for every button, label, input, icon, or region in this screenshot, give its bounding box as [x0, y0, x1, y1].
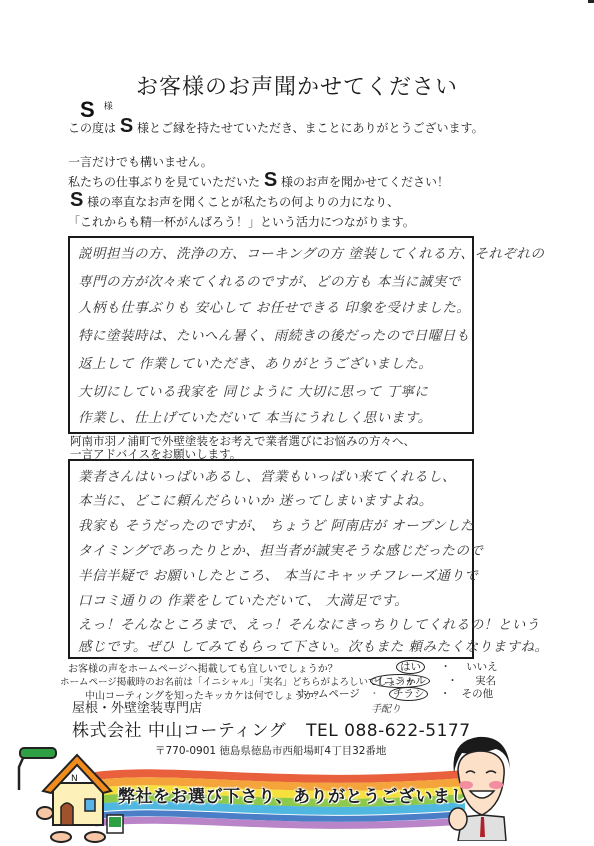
- company-name: 株式会社 中山コーティング: [72, 721, 286, 741]
- comment-box-1: 説明担当の方、洗浄の方、コーキングの方 塗装してくれる方、それぞれの 専門の方が…: [68, 236, 474, 434]
- house-letter: N: [71, 774, 78, 784]
- handwritten-line: 作業し、仕上げていただいて 本当にうれしく思います。: [78, 406, 432, 426]
- tel-label: TEL: [306, 721, 338, 741]
- question-referral-options: ホームページ ・ チラシ ・ その他: [297, 686, 493, 701]
- intro-line-1: この度は S 様とご縁を持たせていただき、まことにありがとうございます。: [68, 116, 484, 136]
- scan-corner-mark: [588, 0, 594, 3]
- comment-box-2: 業者さんはいっぱいあるし、営業もいっぱい来てくれるし、 本当に、どこに頼んだらい…: [68, 459, 474, 659]
- question-publish: お客様の声をホームページへ掲載しても宜しいでしょうか？: [68, 660, 338, 675]
- intro-text: この度は: [68, 121, 116, 135]
- option-yes[interactable]: はい: [396, 660, 425, 674]
- staff-mascot-icon: [448, 733, 514, 841]
- intro-line-4: S 様の率直なお声を聞くことが私たちの何よりの力になり、: [70, 190, 399, 210]
- handwritten-line: 大切にしている我家を 同じように 大切に思って 丁寧に: [78, 380, 428, 400]
- customer-initial: S: [120, 115, 133, 137]
- handwritten-line: 口コミ通りの 作業をしていただいて、 大満足です。: [78, 589, 408, 609]
- handwritten-line: 説明担当の方、洗浄の方、コーキングの方 塗装してくれる方、それぞれの: [78, 242, 544, 262]
- handwritten-line: 本当に、どこに頼んだらいいか 迷ってしまいますよね。: [78, 489, 433, 509]
- handwritten-note: 手配り: [371, 700, 401, 715]
- intro-text: 私たちの仕事ぶりを見ていただいた: [68, 175, 260, 189]
- handwritten-line: タイミングであったりとか、担当者が誠実そうな感じだったので: [78, 539, 483, 559]
- handwritten-line: 半信半疑で お願いしたところ、 本当にキャッチフレーズ通りで: [78, 564, 478, 584]
- company-tagline: 屋根・外壁塗装専門店: [72, 697, 202, 716]
- handwritten-line: 人柄も仕事ぶりも 安心して お任せできる 印象を受けました。: [78, 296, 470, 316]
- thank-you-banner: 弊社をお選び下さり、ありがとうございました！: [118, 782, 503, 807]
- option-flyer[interactable]: チラシ: [389, 687, 429, 701]
- intro-text: 様とご縁を持たせていただき、まことにありがとうございます。: [137, 121, 484, 135]
- separator: ・: [440, 661, 451, 673]
- intro-line-3: 私たちの仕事ぶりを見ていただいた S 様のお声を聞かせてください！: [68, 170, 449, 190]
- option-no[interactable]: いいえ: [466, 661, 498, 673]
- separator: ・: [440, 688, 451, 700]
- house-mascot-icon: N: [15, 745, 127, 845]
- company-line: 株式会社 中山コーティング TEL 088-622-5177: [72, 716, 471, 741]
- handwritten-line: 感じです。ぜひ してみてもらって下さい。次もまた 頼みたくなりますね。: [78, 635, 549, 655]
- intro-line-2: 一言だけでも構いません。: [68, 153, 213, 170]
- handwritten-line: 業者さんはいっぱいあるし、営業もいっぱい来てくれるし、: [78, 465, 456, 485]
- honorific: 様: [104, 102, 113, 112]
- separator: ・: [369, 688, 380, 700]
- handwritten-line: 返上して 作業していただき、ありがとうございました。: [78, 352, 432, 372]
- customer-initial: S: [264, 169, 277, 191]
- customer-initial: S: [70, 189, 83, 211]
- handwritten-line: 専門の方が次々来てくれるのですが、どの方も 本当に誠実で: [78, 270, 461, 290]
- option-homepage[interactable]: ホームページ: [297, 688, 360, 700]
- company-address: 〒770-0901 徳島県徳島市西船場町4丁目32番地: [155, 743, 386, 758]
- intro-text: 様のお声を聞かせてください！: [281, 175, 449, 189]
- intro-text: 様の率直なお声を聞くことが私たちの何よりの力になり、: [87, 195, 399, 209]
- handwritten-line: 特に塗装時は、たいへん暑く、雨続きの後だったので日曜日も: [78, 324, 470, 344]
- intro-line-5: 「これからも精一杯がんばろう！」という活力につながります。: [68, 213, 415, 230]
- option-other[interactable]: その他: [462, 688, 494, 700]
- question-publish-options: はい ・ いいえ: [396, 659, 498, 674]
- handwritten-line: 我家も そうだったのですが、 ちょうど 阿南店が オープンした: [78, 514, 474, 534]
- handwritten-line: えっ！そんなところまで、えっ！そんなにきっちりしてくれるの！という: [78, 613, 540, 633]
